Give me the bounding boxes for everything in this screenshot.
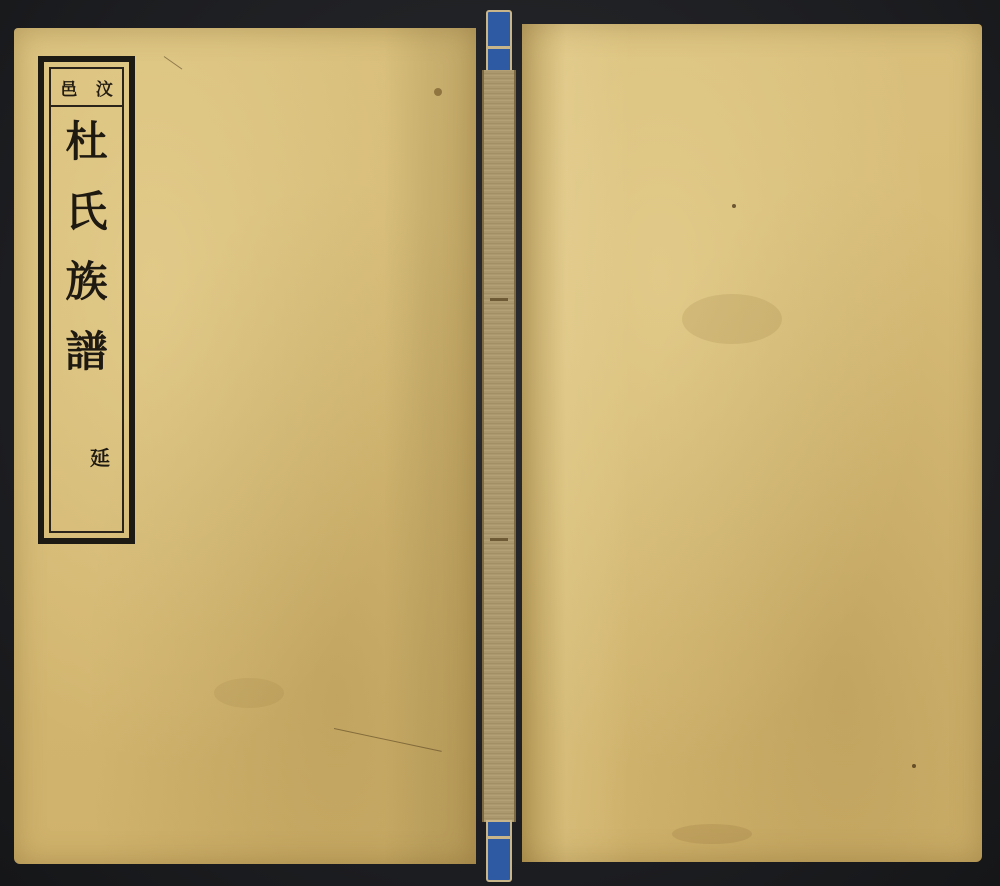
volume-mark: 延 (90, 442, 110, 471)
stain (912, 764, 916, 768)
front-cover: 邑 汶 杜 氏 族 譜 延 (14, 28, 476, 864)
spine-stitch (490, 538, 508, 541)
label-header-char-right: 汶 (96, 75, 113, 100)
stain (434, 88, 442, 96)
spine-cap-top (486, 10, 512, 72)
label-title: 杜 氏 族 譜 (51, 107, 122, 373)
back-cover (522, 24, 982, 862)
spine-cap-band (488, 46, 510, 49)
stain (214, 678, 284, 708)
title-char: 杜 (65, 121, 107, 163)
title-char: 譜 (65, 331, 107, 373)
label-header-char-left: 邑 (60, 75, 77, 100)
label-header: 邑 汶 (51, 69, 122, 107)
title-label-inner-frame: 邑 汶 杜 氏 族 譜 延 (49, 67, 124, 533)
spine-cap-bottom (486, 820, 512, 882)
stain (672, 824, 752, 844)
spine (474, 10, 524, 882)
cover-fold-shadow (384, 28, 476, 864)
scratch-mark (164, 56, 183, 69)
title-char: 氏 (65, 191, 107, 233)
spine-thread-wrap (482, 70, 516, 822)
title-label: 邑 汶 杜 氏 族 譜 延 (38, 56, 135, 544)
stain (682, 294, 782, 344)
cover-fold-highlight (522, 24, 632, 862)
spine-stitch (490, 298, 508, 301)
book: 邑 汶 杜 氏 族 譜 延 (14, 28, 982, 864)
title-char: 族 (65, 261, 107, 303)
stain (732, 204, 736, 208)
spine-cap-band (488, 836, 510, 839)
